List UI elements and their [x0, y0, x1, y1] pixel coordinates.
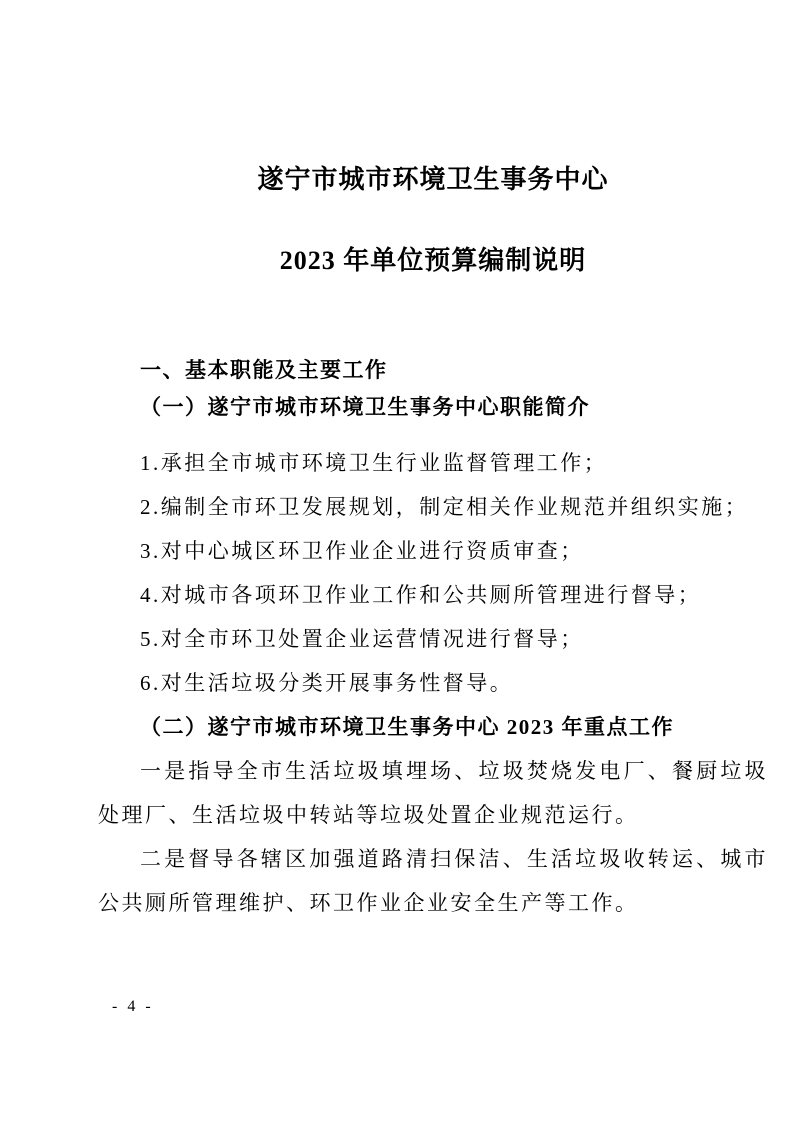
page-number: - 4 - [112, 993, 154, 1021]
duty-item-6: 6.对生活垃圾分类开展事务性督导。 [98, 661, 768, 705]
duty-item-1: 1.承担全市城市环境卫生行业监督管理工作； [98, 441, 768, 485]
document-page: 遂宁市城市环境卫生事务中心 2023 年单位预算编制说明 一、基本职能及主要工作… [0, 0, 793, 1122]
document-title-line1: 遂宁市城市环境卫生事务中心 [98, 164, 768, 196]
document-title-line2: 2023 年单位预算编制说明 [98, 245, 768, 277]
duty-item-3: 3.对中心城区环卫作业企业进行资质审查； [98, 529, 768, 573]
key-task-paragraph-2: 二是督导各辖区加强道路清扫保洁、生活垃圾收转运、城市公共厕所管理维护、环卫作业企… [98, 837, 768, 925]
duty-item-2: 2.编制全市环卫发展规划，制定相关作业规范并组织实施； [98, 485, 768, 529]
duty-item-5: 5.对全市环卫处置企业运营情况进行督导； [98, 617, 768, 661]
duty-item-4: 4.对城市各项环卫作业工作和公共厕所管理进行督导； [98, 573, 768, 617]
subsection-1-heading: （一）遂宁市城市环境卫生事务中心职能简介 [98, 385, 768, 429]
key-task-paragraph-1: 一是指导全市生活垃圾填埋场、垃圾焚烧发电厂、餐厨垃圾处理厂、生活垃圾中转站等垃圾… [98, 749, 768, 837]
subsection-2-heading: （二）遂宁市城市环境卫生事务中心 2023 年重点工作 [98, 705, 768, 749]
